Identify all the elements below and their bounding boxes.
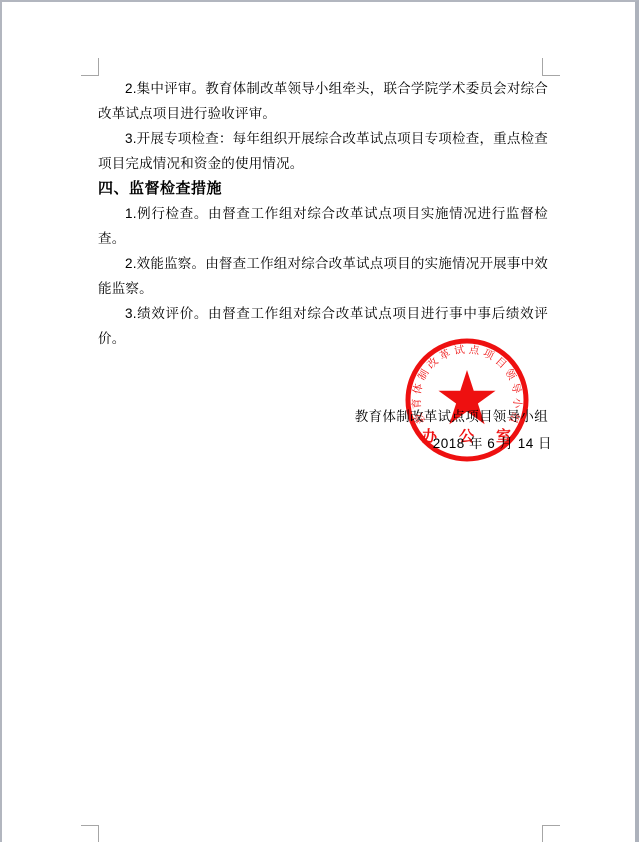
paragraph: 2.集中评审。教育体制改革领导小组牵头，联合学院学术委员会对综合改革试点项目进行…	[98, 76, 548, 126]
signature-organization: 教育体制改革试点项目领导小组	[98, 403, 548, 430]
crop-mark-bottom-left-icon	[81, 825, 99, 842]
signature-date: 2018 年 6 月 14 日	[98, 430, 552, 457]
signature-block: 教育体制改革试点项目领导小组 2018 年 6 月 14 日	[98, 403, 548, 457]
paragraph: 2.效能监察。由督查工作组对综合改革试点项目的实施情况开展事中效能监察。	[98, 251, 548, 301]
crop-mark-top-left-icon	[81, 58, 99, 76]
section-heading: 四、监督检查措施	[98, 176, 548, 201]
paragraph: 3.绩效评价。由督查工作组对综合改革试点项目进行事中事后绩效评价。	[98, 301, 548, 351]
document-page: 教育体制改革试点项目领导小组 办公室 2.集中评审。教育体制改革领导小组牵头，联…	[0, 0, 639, 842]
crop-mark-top-right-icon	[542, 58, 560, 76]
paragraph: 1.例行检查。由督查工作组对综合改革试点项目实施情况进行监督检查。	[98, 201, 548, 251]
crop-mark-bottom-right-icon	[542, 825, 560, 842]
document-body: 2.集中评审。教育体制改革领导小组牵头，联合学院学术委员会对综合改革试点项目进行…	[98, 76, 548, 457]
paragraph: 3.开展专项检查：每年组织开展综合改革试点项目专项检查，重点检查项目完成情况和资…	[98, 126, 548, 176]
